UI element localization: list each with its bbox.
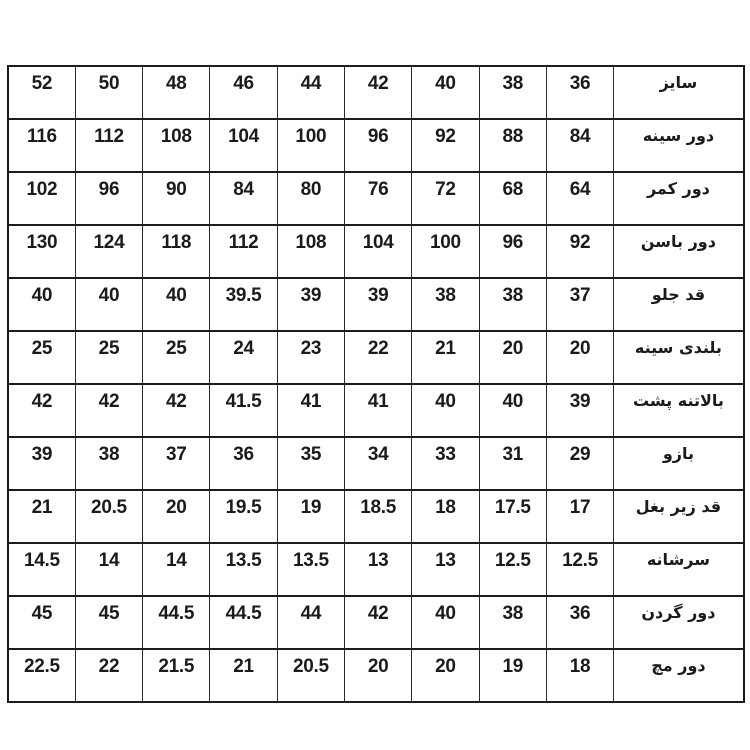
size-value-cell: 40 [143, 278, 210, 331]
size-chart-page: 525048464442403836سایز116112108104100969… [0, 0, 750, 750]
measure-label-cell: سایز [614, 66, 744, 119]
size-value-cell: 21 [412, 331, 479, 384]
size-value-cell: 39 [344, 278, 411, 331]
size-value-cell: 20 [546, 331, 613, 384]
size-value-cell: 21 [210, 649, 277, 702]
size-value-cell: 40 [479, 384, 546, 437]
size-value-cell: 20 [143, 490, 210, 543]
size-value-cell: 104 [344, 225, 411, 278]
size-value-cell: 21.5 [143, 649, 210, 702]
size-value-cell: 25 [75, 331, 142, 384]
size-value-cell: 64 [546, 172, 613, 225]
table-row: 22.52221.52120.520201918دور مچ [8, 649, 744, 702]
measure-label-cell: دور گردن [614, 596, 744, 649]
size-value-cell: 17 [546, 490, 613, 543]
size-value-cell: 40 [412, 384, 479, 437]
size-value-cell: 38 [479, 596, 546, 649]
measure-label-cell: سرشانه [614, 543, 744, 596]
size-value-cell: 38 [75, 437, 142, 490]
size-value-cell: 76 [344, 172, 411, 225]
size-value-cell: 22.5 [8, 649, 75, 702]
size-value-cell: 12.5 [479, 543, 546, 596]
measure-label-cell: قد زیر بغل [614, 490, 744, 543]
size-value-cell: 13 [344, 543, 411, 596]
size-value-cell: 45 [8, 596, 75, 649]
size-value-cell: 35 [277, 437, 344, 490]
size-value-cell: 102 [8, 172, 75, 225]
size-value-cell: 40 [412, 596, 479, 649]
size-value-cell: 42 [8, 384, 75, 437]
measure-label-cell: بالاتنه پشت [614, 384, 744, 437]
size-value-cell: 24 [210, 331, 277, 384]
size-value-cell: 25 [8, 331, 75, 384]
size-value-cell: 44.5 [210, 596, 277, 649]
size-chart-table-container: 525048464442403836سایز116112108104100969… [7, 65, 743, 682]
size-value-cell: 42 [344, 596, 411, 649]
size-value-cell: 92 [412, 119, 479, 172]
size-value-cell: 25 [143, 331, 210, 384]
size-value-cell: 22 [344, 331, 411, 384]
size-value-cell: 38 [479, 66, 546, 119]
size-value-cell: 44 [277, 596, 344, 649]
size-value-cell: 42 [75, 384, 142, 437]
size-value-cell: 38 [412, 278, 479, 331]
size-value-cell: 34 [344, 437, 411, 490]
size-value-cell: 37 [143, 437, 210, 490]
size-value-cell: 20 [344, 649, 411, 702]
size-value-cell: 36 [546, 596, 613, 649]
size-value-cell: 104 [210, 119, 277, 172]
size-value-cell: 41.5 [210, 384, 277, 437]
size-value-cell: 18 [546, 649, 613, 702]
size-value-cell: 92 [546, 225, 613, 278]
size-value-cell: 19 [277, 490, 344, 543]
size-value-cell: 112 [75, 119, 142, 172]
size-value-cell: 96 [479, 225, 546, 278]
size-value-cell: 14 [75, 543, 142, 596]
size-value-cell: 39 [8, 437, 75, 490]
size-value-cell: 14.5 [8, 543, 75, 596]
table-row: 525048464442403836سایز [8, 66, 744, 119]
measure-label-cell: قد جلو [614, 278, 744, 331]
table-row: 454544.544.54442403836دور گردن [8, 596, 744, 649]
size-value-cell: 124 [75, 225, 142, 278]
table-row: 1029690848076726864دور کمر [8, 172, 744, 225]
size-value-cell: 20 [479, 331, 546, 384]
size-value-cell: 13 [412, 543, 479, 596]
size-value-cell: 84 [210, 172, 277, 225]
size-value-cell: 46 [210, 66, 277, 119]
size-value-cell: 29 [546, 437, 613, 490]
size-value-cell: 40 [8, 278, 75, 331]
size-value-cell: 23 [277, 331, 344, 384]
size-value-cell: 14 [143, 543, 210, 596]
size-value-cell: 13.5 [210, 543, 277, 596]
measure-label-cell: دور کمر [614, 172, 744, 225]
size-value-cell: 19 [479, 649, 546, 702]
size-value-cell: 118 [143, 225, 210, 278]
table-row: 393837363534333129بازو [8, 437, 744, 490]
size-value-cell: 33 [412, 437, 479, 490]
size-value-cell: 17.5 [479, 490, 546, 543]
size-value-cell: 130 [8, 225, 75, 278]
size-value-cell: 90 [143, 172, 210, 225]
size-value-cell: 18 [412, 490, 479, 543]
size-value-cell: 108 [143, 119, 210, 172]
size-value-cell: 42 [143, 384, 210, 437]
size-value-cell: 48 [143, 66, 210, 119]
size-value-cell: 39 [546, 384, 613, 437]
size-value-cell: 39.5 [210, 278, 277, 331]
size-value-cell: 40 [412, 66, 479, 119]
table-row: 1301241181121081041009692دور باسن [8, 225, 744, 278]
size-value-cell: 18.5 [344, 490, 411, 543]
size-value-cell: 68 [479, 172, 546, 225]
size-value-cell: 72 [412, 172, 479, 225]
size-value-cell: 36 [210, 437, 277, 490]
size-value-cell: 19.5 [210, 490, 277, 543]
size-value-cell: 108 [277, 225, 344, 278]
measure-label-cell: دور باسن [614, 225, 744, 278]
size-value-cell: 41 [277, 384, 344, 437]
measure-label-cell: بلندی سینه [614, 331, 744, 384]
size-value-cell: 100 [277, 119, 344, 172]
size-value-cell: 20 [412, 649, 479, 702]
table-row: 14.5141413.513.5131312.512.5سرشانه [8, 543, 744, 596]
size-chart-table: 525048464442403836سایز116112108104100969… [7, 65, 745, 703]
size-value-cell: 112 [210, 225, 277, 278]
size-value-cell: 13.5 [277, 543, 344, 596]
table-row: 11611210810410096928884دور سینه [8, 119, 744, 172]
size-value-cell: 80 [277, 172, 344, 225]
size-value-cell: 20.5 [277, 649, 344, 702]
size-value-cell: 96 [344, 119, 411, 172]
table-row: 40404039.53939383837قد جلو [8, 278, 744, 331]
size-value-cell: 22 [75, 649, 142, 702]
size-value-cell: 37 [546, 278, 613, 331]
size-value-cell: 116 [8, 119, 75, 172]
size-value-cell: 88 [479, 119, 546, 172]
size-value-cell: 36 [546, 66, 613, 119]
table-row: 252525242322212020بلندی سینه [8, 331, 744, 384]
size-value-cell: 84 [546, 119, 613, 172]
size-value-cell: 41 [344, 384, 411, 437]
table-row: 2120.52019.51918.51817.517قد زیر بغل [8, 490, 744, 543]
size-value-cell: 45 [75, 596, 142, 649]
size-value-cell: 100 [412, 225, 479, 278]
size-value-cell: 44 [277, 66, 344, 119]
size-value-cell: 39 [277, 278, 344, 331]
size-value-cell: 52 [8, 66, 75, 119]
size-value-cell: 20.5 [75, 490, 142, 543]
measure-label-cell: دور مچ [614, 649, 744, 702]
measure-label-cell: بازو [614, 437, 744, 490]
table-row: 42424241.54141404039بالاتنه پشت [8, 384, 744, 437]
size-value-cell: 42 [344, 66, 411, 119]
measure-label-cell: دور سینه [614, 119, 744, 172]
size-value-cell: 12.5 [546, 543, 613, 596]
size-value-cell: 21 [8, 490, 75, 543]
size-value-cell: 40 [75, 278, 142, 331]
size-value-cell: 50 [75, 66, 142, 119]
size-value-cell: 31 [479, 437, 546, 490]
size-value-cell: 44.5 [143, 596, 210, 649]
size-value-cell: 96 [75, 172, 142, 225]
size-value-cell: 38 [479, 278, 546, 331]
